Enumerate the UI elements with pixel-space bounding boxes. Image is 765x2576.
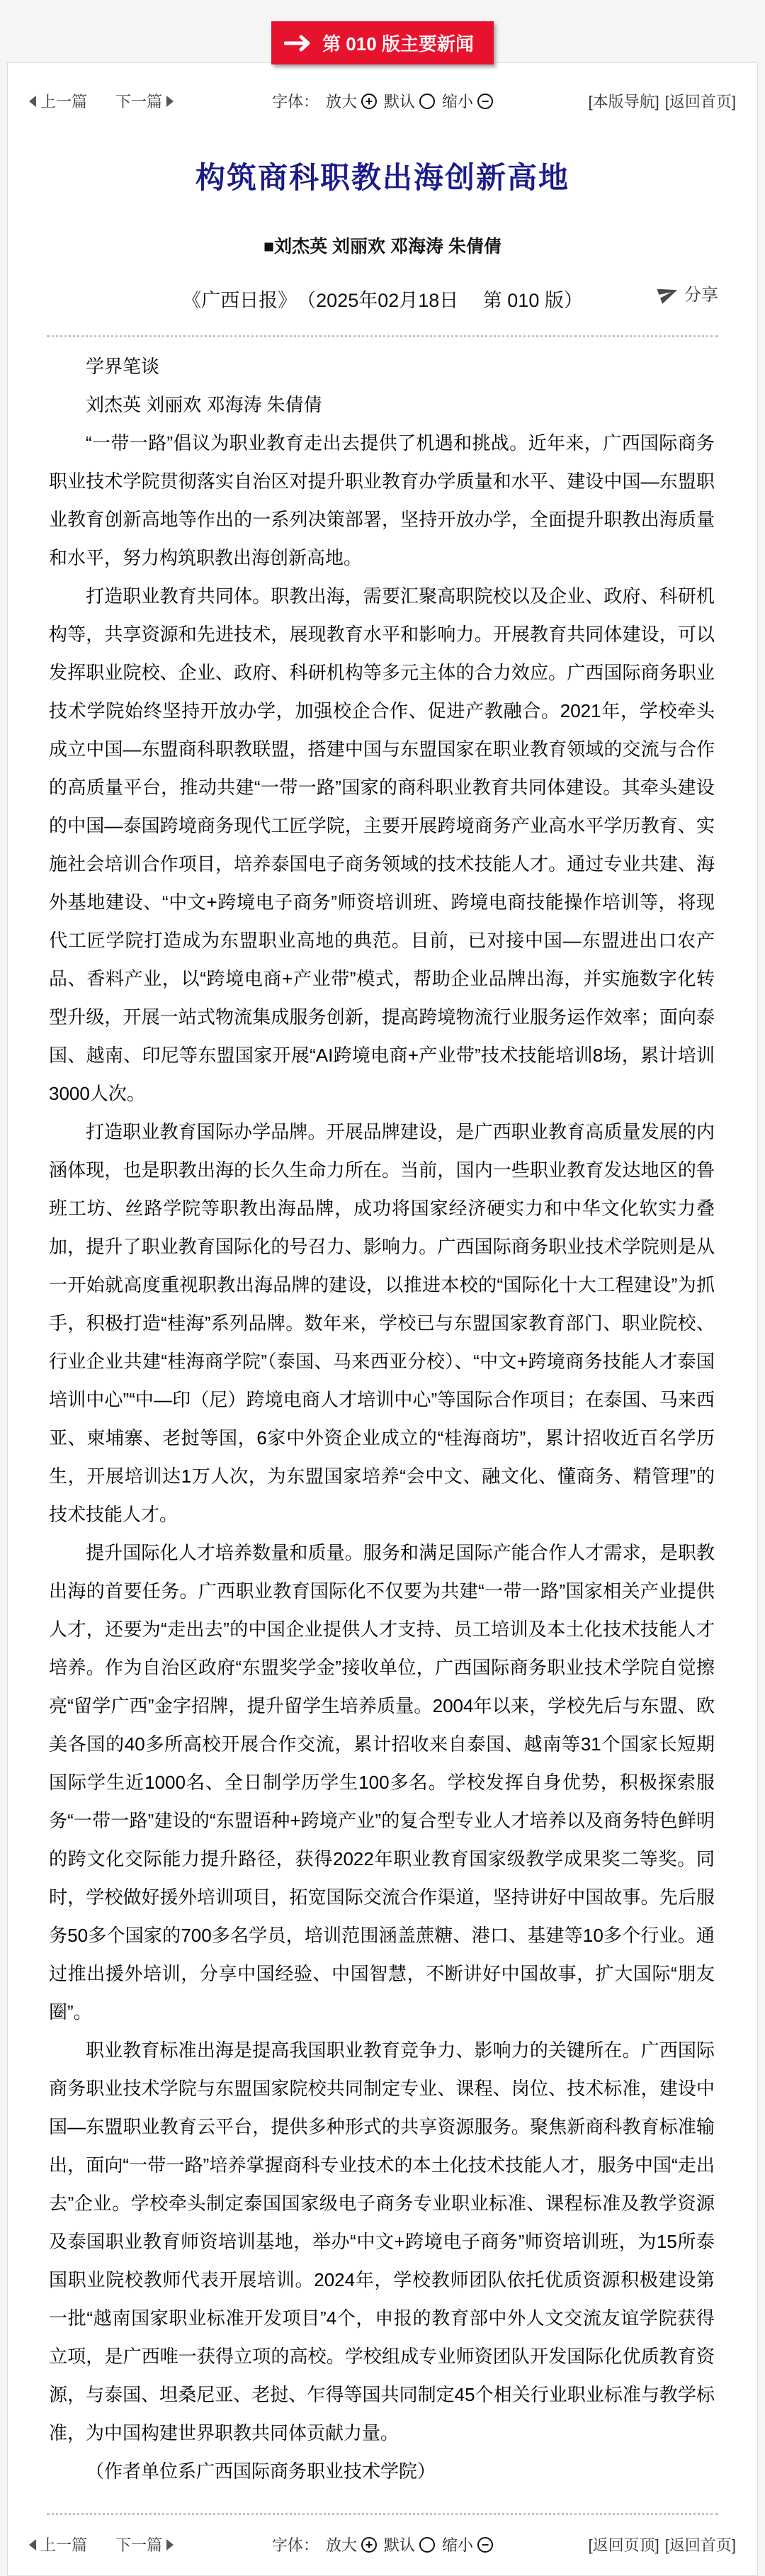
prev-article-label-bottom: 上一篇 — [40, 2533, 87, 2555]
font-default-button-bottom[interactable]: 默认 — [384, 2533, 435, 2555]
triangle-left-icon — [29, 2539, 36, 2550]
edition-banner-label: 第 010 版主要新闻 — [322, 30, 474, 56]
prev-article-link-bottom[interactable]: 上一篇 — [29, 2533, 87, 2555]
font-zoom-in-label-bottom: 放大 — [326, 2533, 357, 2555]
article-paragraph: 学界笔谈 — [49, 347, 715, 386]
triangle-right-icon — [166, 2539, 174, 2550]
home-link-bottom[interactable]: [返回首页] — [665, 2533, 736, 2555]
font-zoom-out-button-bottom[interactable]: 缩小 − — [442, 2533, 493, 2555]
home-link[interactable]: [返回首页] — [665, 90, 736, 112]
font-size-label: 字体： — [272, 90, 319, 112]
article-paragraph: 打造职业教育共同体。职教出海，需要汇聚高职院校以及企业、政府、科研机构等，共享资… — [49, 577, 715, 1113]
font-zoom-out-label-bottom: 缩小 — [442, 2533, 473, 2555]
font-default-button[interactable]: 默认 — [384, 90, 435, 112]
board-nav-link[interactable]: [本版导航] — [589, 90, 659, 112]
bottom-nav: 上一篇 下一篇 字体： 放大 + 默认 缩小 − — [8, 2533, 757, 2555]
share-label: 分享 — [684, 281, 718, 305]
font-default-label-bottom: 默认 — [384, 2533, 415, 2555]
circle-plus-icon: + — [361, 94, 377, 109]
article-body: 学界笔谈刘杰英 刘丽欢 邓海涛 朱倩倩“一带一路”倡议为职业教育走出去提供了机遇… — [8, 337, 757, 2490]
next-article-link[interactable]: 下一篇 — [115, 90, 174, 112]
font-zoom-out-button[interactable]: 缩小 − — [442, 90, 493, 112]
font-size-label-bottom: 字体： — [272, 2533, 319, 2555]
article-card: 上一篇 下一篇 字体： 放大 + 默认 缩小 − — [7, 62, 758, 2576]
share-button[interactable]: 分享 — [657, 281, 718, 305]
font-zoom-out-label: 缩小 — [442, 90, 473, 112]
edition-banner[interactable]: 第 010 版主要新闻 — [271, 21, 494, 64]
paper-plane-icon — [657, 283, 679, 304]
article-paragraph: 打造职业教育国际办学品牌。开展品牌建设，是广西职业教育高质量发展的内涵体现，也是… — [49, 1113, 715, 1534]
prev-article-label: 上一篇 — [40, 90, 87, 112]
page: 第 010 版主要新闻 上一篇 下一篇 字体： 放大 + — [0, 0, 765, 2576]
article-paragraph: “一带一路”倡议为职业教育走出去提供了机遇和挑战。近年来，广西国际商务职业技术学… — [49, 424, 715, 577]
article-paragraph: 刘杰英 刘丽欢 邓海涛 朱倩倩 — [49, 386, 715, 424]
article-paragraph: （作者单位系广西国际商务职业技术学院） — [49, 2452, 715, 2490]
article-title: 构筑商科职教出海创新高地 — [8, 154, 757, 197]
triangle-left-icon — [29, 96, 36, 107]
source-row: 《广西日报》 （2025年02月18日 第 010 版） 分享 — [8, 285, 757, 313]
circle-minus-icon: − — [477, 2537, 493, 2553]
circle-empty-icon — [419, 2537, 435, 2553]
article-paragraph: 职业教育标准出海是提高我国职业教育竞争力、影响力的关键所在。广西国际商务职业技术… — [49, 2031, 715, 2452]
next-article-label: 下一篇 — [115, 90, 162, 112]
arrow-right-icon — [284, 34, 314, 52]
font-zoom-in-label: 放大 — [326, 90, 357, 112]
circle-empty-icon — [419, 94, 435, 109]
circle-minus-icon: − — [477, 94, 493, 109]
triangle-right-icon — [166, 96, 174, 107]
prev-article-link[interactable]: 上一篇 — [29, 90, 87, 112]
font-zoom-in-button-bottom[interactable]: 放大 + — [326, 2533, 377, 2555]
font-default-label: 默认 — [384, 90, 415, 112]
top-nav: 上一篇 下一篇 字体： 放大 + 默认 缩小 − — [8, 90, 757, 112]
article-byline: ■刘杰英 刘丽欢 邓海涛 朱倩倩 — [8, 232, 757, 258]
next-article-label-bottom: 下一篇 — [115, 2533, 162, 2555]
next-article-link-bottom[interactable]: 下一篇 — [115, 2533, 174, 2555]
article-paragraph: 提升国际化人才培养数量和质量。服务和满足国际产能合作人才需求，是职教出海的首要任… — [49, 1534, 715, 2031]
bottom-dotted-divider — [47, 2513, 718, 2515]
font-zoom-in-button[interactable]: 放大 + — [326, 90, 377, 112]
back-to-top-link[interactable]: [返回页顶] — [589, 2533, 659, 2555]
circle-plus-icon: + — [361, 2537, 377, 2553]
source-line: 《广西日报》 （2025年02月18日 第 010 版） — [8, 285, 757, 313]
edition-banner-area: 第 010 版主要新闻 — [0, 0, 765, 62]
